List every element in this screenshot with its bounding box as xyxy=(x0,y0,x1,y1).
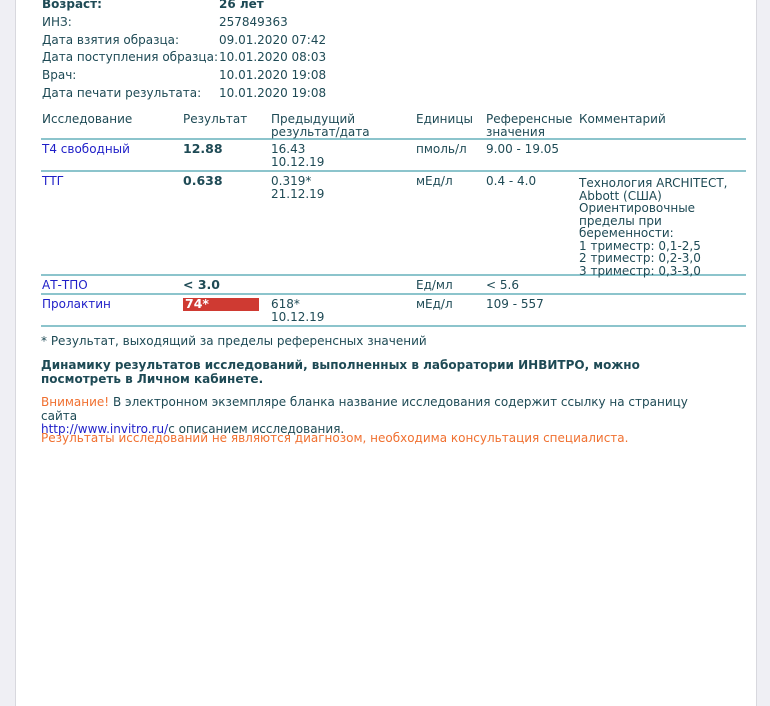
info-row-inz: ИНЗ:257849363 xyxy=(42,14,326,32)
units: пмоль/л xyxy=(416,143,467,156)
table-row: Пролактин74*618*10.12.19мЕд/л109 - 557 xyxy=(41,295,746,327)
previous-result: 16.4310.12.19 xyxy=(271,143,324,168)
warning-label: Внимание! xyxy=(41,395,109,409)
info-value: 10.01.2020 08:03 xyxy=(219,50,326,64)
result-value: 12.88 xyxy=(183,143,223,156)
warning-text: В электронном экземпляре бланка название… xyxy=(41,395,688,423)
result-value: 0.638 xyxy=(183,175,223,188)
info-row-age: Возраст:26 лет xyxy=(42,0,326,14)
previous-result: 0.319*21.12.19 xyxy=(271,175,324,200)
reference-range: < 5.6 xyxy=(486,279,519,292)
table-row: Т4 свободный12.8816.4310.12.19пмоль/л9.0… xyxy=(41,140,746,172)
test-name-link[interactable]: АТ-ТПО xyxy=(42,279,88,292)
disclaimer: Результаты исследований не являются диаг… xyxy=(41,431,628,445)
info-row-received-date: Дата поступления образца:10.01.2020 08:0… xyxy=(42,49,326,67)
units: Ед/мл xyxy=(416,279,453,292)
reference-range: 9.00 - 19.05 xyxy=(486,143,559,156)
test-name-link[interactable]: Пролактин xyxy=(42,298,111,311)
units: мЕд/л xyxy=(416,298,453,311)
info-label: Дата печати результата: xyxy=(42,85,219,103)
table-row: ТТГ0.6380.319*21.12.19мЕд/л0.4 - 4.0Техн… xyxy=(41,172,746,276)
header-previous-l2: результат/дата xyxy=(271,125,370,139)
test-name-link[interactable]: ТТГ xyxy=(42,175,64,188)
patient-info: Возраст:26 лет ИНЗ:257849363 Дата взятия… xyxy=(42,0,326,103)
lab-report-page: Возраст:26 лет ИНЗ:257849363 Дата взятия… xyxy=(15,0,757,706)
info-label: Возраст: xyxy=(42,0,219,14)
info-value: 257849363 xyxy=(219,15,288,29)
table-header: Исследование Результат Предыдущийрезульт… xyxy=(41,112,746,140)
info-value: 09.01.2020 07:42 xyxy=(219,33,326,47)
info-value: 10.01.2020 19:08 xyxy=(219,86,326,100)
info-label: Дата взятия образца: xyxy=(42,32,219,50)
reference-range: 109 - 557 xyxy=(486,298,544,311)
result-value: 74* xyxy=(183,298,259,311)
info-label: Врач: xyxy=(42,67,219,85)
info-label: Дата поступления образца: xyxy=(42,49,219,67)
results-table: Исследование Результат Предыдущийрезульт… xyxy=(41,112,746,327)
footnote: * Результат, выходящий за пределы рефере… xyxy=(41,334,427,348)
test-name-link[interactable]: Т4 свободный xyxy=(42,143,130,156)
previous-result: 618*10.12.19 xyxy=(271,298,324,323)
info-row-print-date: Дата печати результата:10.01.2020 19:08 xyxy=(42,85,326,103)
info-label: ИНЗ: xyxy=(42,14,219,32)
header-comment: Комментарий xyxy=(579,113,739,126)
table-row: АТ-ТПО< 3.0Ед/мл< 5.6 xyxy=(41,276,746,295)
header-units: Единицы xyxy=(416,113,473,126)
result-value: < 3.0 xyxy=(183,279,220,292)
header-test: Исследование xyxy=(42,113,132,126)
dynamics-note: Динамику результатов исследований, выпол… xyxy=(41,358,721,386)
info-value: 10.01.2020 19:08 xyxy=(219,68,326,82)
previous-date: 21.12.19 xyxy=(271,187,324,201)
header-previous: Предыдущийрезультат/дата xyxy=(271,113,370,138)
comment: Технология ARCHITECT,Abbott (США)Ориенти… xyxy=(579,177,739,277)
header-reference-l2: значения xyxy=(486,125,545,139)
header-reference: Референсныезначения xyxy=(486,113,572,138)
info-value: 26 лет xyxy=(219,0,264,11)
header-result: Результат xyxy=(183,113,247,126)
info-row-doctor: Врач:10.01.2020 19:08 xyxy=(42,67,326,85)
previous-date: 10.12.19 xyxy=(271,155,324,169)
info-row-sample-date: Дата взятия образца:09.01.2020 07:42 xyxy=(42,32,326,50)
units: мЕд/л xyxy=(416,175,453,188)
previous-date: 10.12.19 xyxy=(271,310,324,324)
reference-range: 0.4 - 4.0 xyxy=(486,175,536,188)
